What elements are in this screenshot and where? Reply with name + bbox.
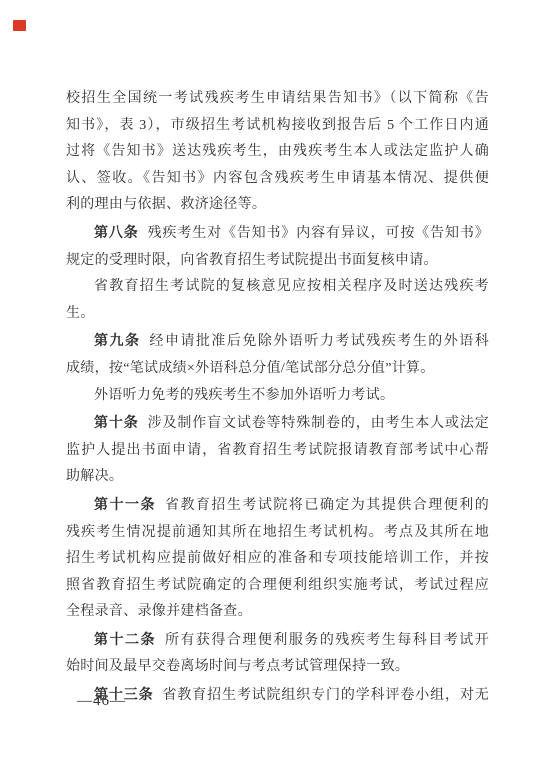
text-line: 知书》，表 3），市级招生考试机构接收到报告后 5 个工作日内通 [66,113,489,140]
document-body: 校招生全国统一考试残疾考生申请结果告知书》（以下简称《告知书》，表 3），市级招… [66,86,489,710]
text-line: 第十二条所有获得合理便利服务的残疾考生每科目考试开 [66,626,489,655]
text-line: 第八条残疾考生对《告知书》内容有异议，可按《告知书》 [66,219,489,248]
page-number: —46— [77,693,126,710]
text-line: 过将《告知书》送达残疾考生，由残疾考生本人或法定监护人确 [66,139,489,166]
text-line: 助解决。 [66,464,489,491]
text-line: 利的理由与依据、救济途径等。 [66,192,489,219]
article-number: 第十条 [94,414,139,430]
text-line: 生。 [66,301,489,328]
text-line: 始时间及最早交卷离场时间与考点考试管理保持一致。 [66,654,489,681]
text-line: 第十一条省教育招生考试院将已确定为其提供合理便利的 [66,491,489,520]
text-line: 第九条经申请批准后免除外语听力考试残疾考生的外语科 [66,327,489,356]
text-line: 第十条涉及制作盲文试卷等特殊制卷的，由考生本人或法定 [66,409,489,438]
text-line: 招生考试机构应提前做好相应的准备和专项技能培训工作，并按 [66,546,489,573]
text-line: 成绩，按“笔试成绩×外语科总分值/笔试部分总分值”计算。 [66,356,489,383]
text-line: 第十三条省教育招生考试院组织专门的学科评卷小组，对无 [66,681,489,710]
text-line: 认、签收。《告知书》内容包含残疾考生申请基本情况、提供便 [66,166,489,193]
article-number: 第十一条 [94,496,156,512]
document-page: 校招生全国统一考试残疾考生申请结果告知书》（以下简称《告知书》，表 3），市级招… [0,0,550,778]
text-line: 照省教育招生考试院确定的合理便利组织实施考试，考试过程应 [66,573,489,600]
text-line: 残疾考生情况提前通知其所在地招生考试机构。考点及其所在地 [66,520,489,547]
article-number: 第十二条 [94,631,156,647]
text-line: 外语听力免考的残疾考生不参加外语听力考试。 [66,383,489,410]
text-line: 校招生全国统一考试残疾考生申请结果告知书》（以下简称《告 [66,86,489,113]
text-line: 监护人提出书面申请，省教育招生考试院报请教育部考试中心帮 [66,438,489,465]
text-line: 规定的受理时限，向省教育招生考试院提出书面复核申请。 [66,248,489,275]
text-line: 全程录音、录像并建档备查。 [66,599,489,626]
article-number: 第八条 [94,224,139,240]
text-line: 省教育招生考试院的复核意见应按相关程序及时送达残疾考 [66,274,489,301]
article-number: 第九条 [94,332,140,348]
red-corner-mark [13,20,26,31]
